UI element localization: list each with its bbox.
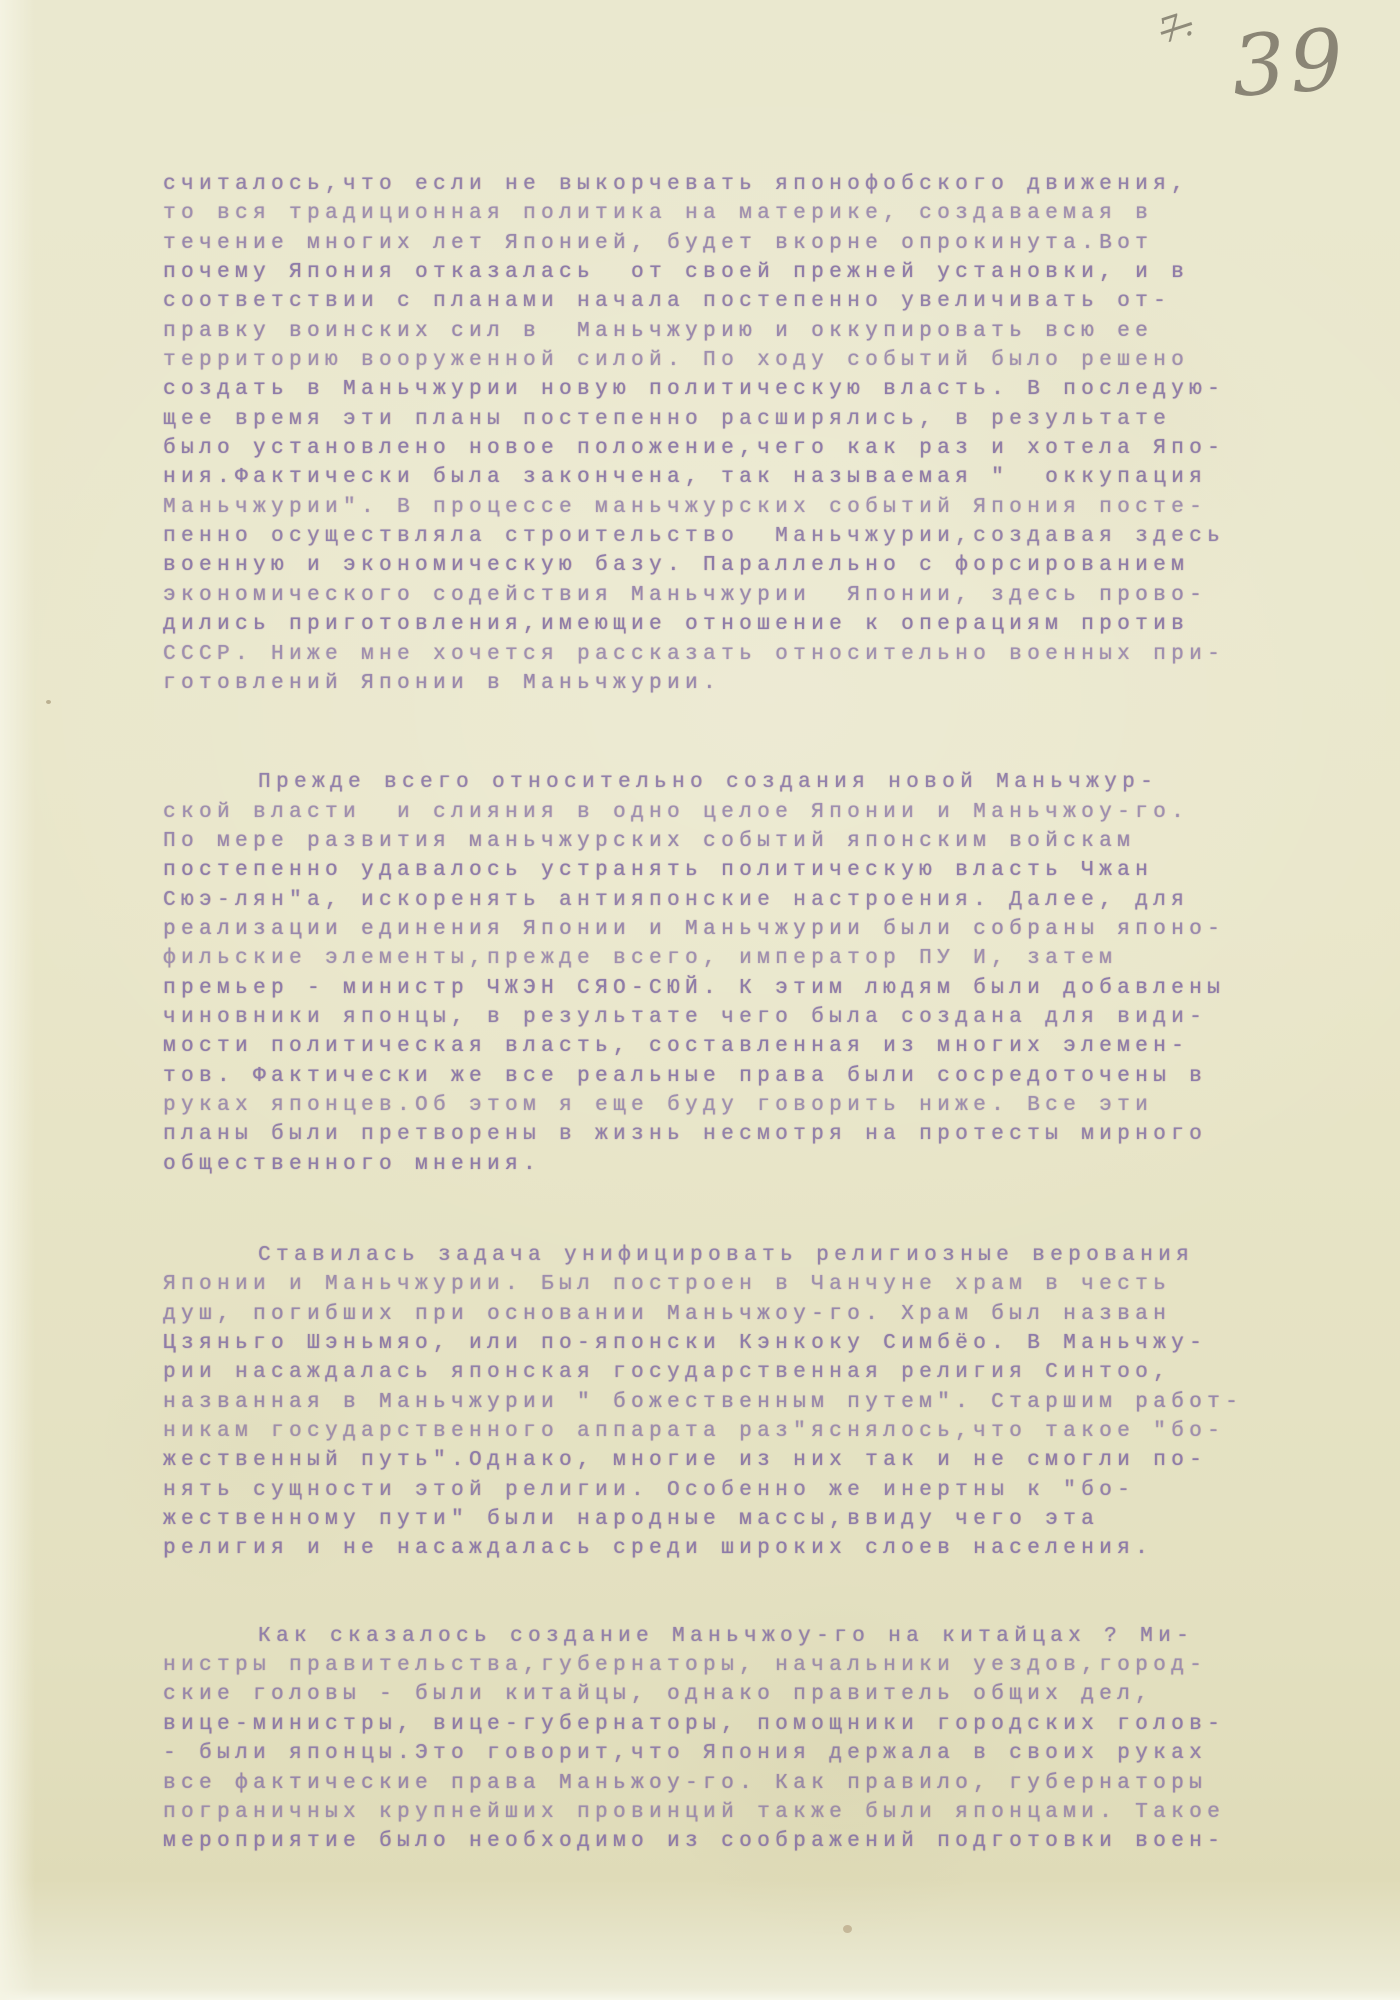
text-line: нять сущности этой религии. Особенно же … — [163, 1476, 1348, 1505]
text-line: - были японцы.Это говорит,что Япония дер… — [163, 1739, 1348, 1768]
text-line: дились приготовления,имеющие отношение к… — [163, 610, 1348, 639]
text-line: пенно осуществляла строительство Маньчжу… — [163, 522, 1348, 551]
text-line: реализации единения Японии и Маньчжурии … — [163, 915, 1348, 944]
scanned-document-page: 7. 39 считалось,что если не выкорчевать … — [0, 0, 1400, 2000]
text-line: тов. Фактически же все реальные права бы… — [163, 1062, 1348, 1091]
paragraph: считалось,что если не выкорчевать японоф… — [163, 170, 1348, 698]
text-line: СССР. Ниже мне хочется рассказать относи… — [163, 640, 1348, 669]
text-line: Сюэ-лян"а, искоренять антияпонские настр… — [163, 886, 1348, 915]
paragraph: Прежде всего относительно создания новой… — [163, 768, 1348, 1179]
text-line: создать в Маньчжурии новую политическую … — [163, 375, 1348, 404]
text-line: все фактические права Маньжоу-го. Как пр… — [163, 1769, 1348, 1798]
text-line: названная в Маньчжурии " божественным пу… — [163, 1388, 1348, 1417]
typed-text: считалось,что если не выкорчевать японоф… — [163, 170, 1348, 1857]
paragraph: Как сказалось создание Маньчжоу-го на ки… — [163, 1622, 1348, 1857]
text-line: правку воинских сил в Маньчжурию и оккуп… — [163, 317, 1348, 346]
text-line: ния.Фактически была закончена, так назыв… — [163, 463, 1348, 492]
text-line: военную и экономическую базу. Параллельн… — [163, 551, 1348, 580]
text-line: фильские элементы,прежде всего, императо… — [163, 944, 1348, 973]
text-line: щее время эти планы постепенно расширяли… — [163, 405, 1348, 434]
text-line: Как сказалось создание Маньчжоу-го на ки… — [163, 1622, 1348, 1651]
text-line: Цзяньго Шэньмяо, или по-японски Кэнкоку … — [163, 1329, 1348, 1358]
handwritten-corner-mark: 7. — [1155, 4, 1198, 52]
paragraph: Ставилась задача унифицировать религиозн… — [163, 1241, 1348, 1564]
text-line: ской власти и слияния в одно целое Япони… — [163, 798, 1348, 827]
text-line: Прежде всего относительно создания новой… — [163, 768, 1348, 797]
text-line: Ставилась задача унифицировать религиозн… — [163, 1241, 1348, 1270]
text-line: нистры правительства,губернаторы, началь… — [163, 1651, 1348, 1680]
text-line: чиновники японцы, в результате чего была… — [163, 1003, 1348, 1032]
text-line: постепенно удавалось устранять политичес… — [163, 856, 1348, 885]
text-line: По мере развития маньчжурских событий яп… — [163, 827, 1348, 856]
text-line: общественного мнения. — [163, 1150, 1348, 1179]
text-line: территорию вооруженной силой. По ходу со… — [163, 346, 1348, 375]
text-line: то вся традиционная политика на материке… — [163, 199, 1348, 228]
handwritten-page-number: 39 — [1229, 10, 1350, 116]
text-line: жественный путь".Однако, многие из них т… — [163, 1446, 1348, 1475]
text-line: пограничных крупнейших провинций также б… — [163, 1798, 1348, 1827]
text-line: считалось,что если не выкорчевать японоф… — [163, 170, 1348, 199]
text-line: религия и не насаждалась среди широких с… — [163, 1534, 1348, 1563]
paper-speck — [843, 1925, 852, 1933]
text-line: экономического содействия Маньчжурии Япо… — [163, 581, 1348, 610]
text-line: вице-министры, вице-губернаторы, помощни… — [163, 1710, 1348, 1739]
text-line: руках японцев.Об этом я еще буду говорит… — [163, 1091, 1348, 1120]
paper-speck — [46, 700, 51, 704]
text-line: Маньчжурии". В процессе маньчжурских соб… — [163, 493, 1348, 522]
text-line: почему Япония отказалась от своей прежне… — [163, 258, 1348, 287]
text-line: соответствии с планами начала постепенно… — [163, 287, 1348, 316]
text-line: было установлено новое положение,чего ка… — [163, 434, 1348, 463]
text-line: планы были претворены в жизнь несмотря н… — [163, 1120, 1348, 1149]
text-line: премьер - министр ЧЖЭН СЯО-СЮЙ. К этим л… — [163, 974, 1348, 1003]
text-line: Японии и Маньчжурии. Был построен в Чанч… — [163, 1270, 1348, 1299]
text-line: ские головы - были китайцы, однако прави… — [163, 1680, 1348, 1709]
text-line: мости политическая власть, составленная … — [163, 1032, 1348, 1061]
text-line: течение многих лет Японией, будет вкорне… — [163, 229, 1348, 258]
text-line: душ, погибших при основании Маньчжоу-го.… — [163, 1300, 1348, 1329]
text-line: никам государственного аппарата раз"ясня… — [163, 1417, 1348, 1446]
text-line: жественному пути" были народные массы,вв… — [163, 1505, 1348, 1534]
text-line: готовлений Японии в Маньчжурии. — [163, 669, 1348, 698]
text-line: рии насаждалась японская государственная… — [163, 1358, 1348, 1387]
text-line: мероприятие было необходимо из соображен… — [163, 1827, 1348, 1856]
